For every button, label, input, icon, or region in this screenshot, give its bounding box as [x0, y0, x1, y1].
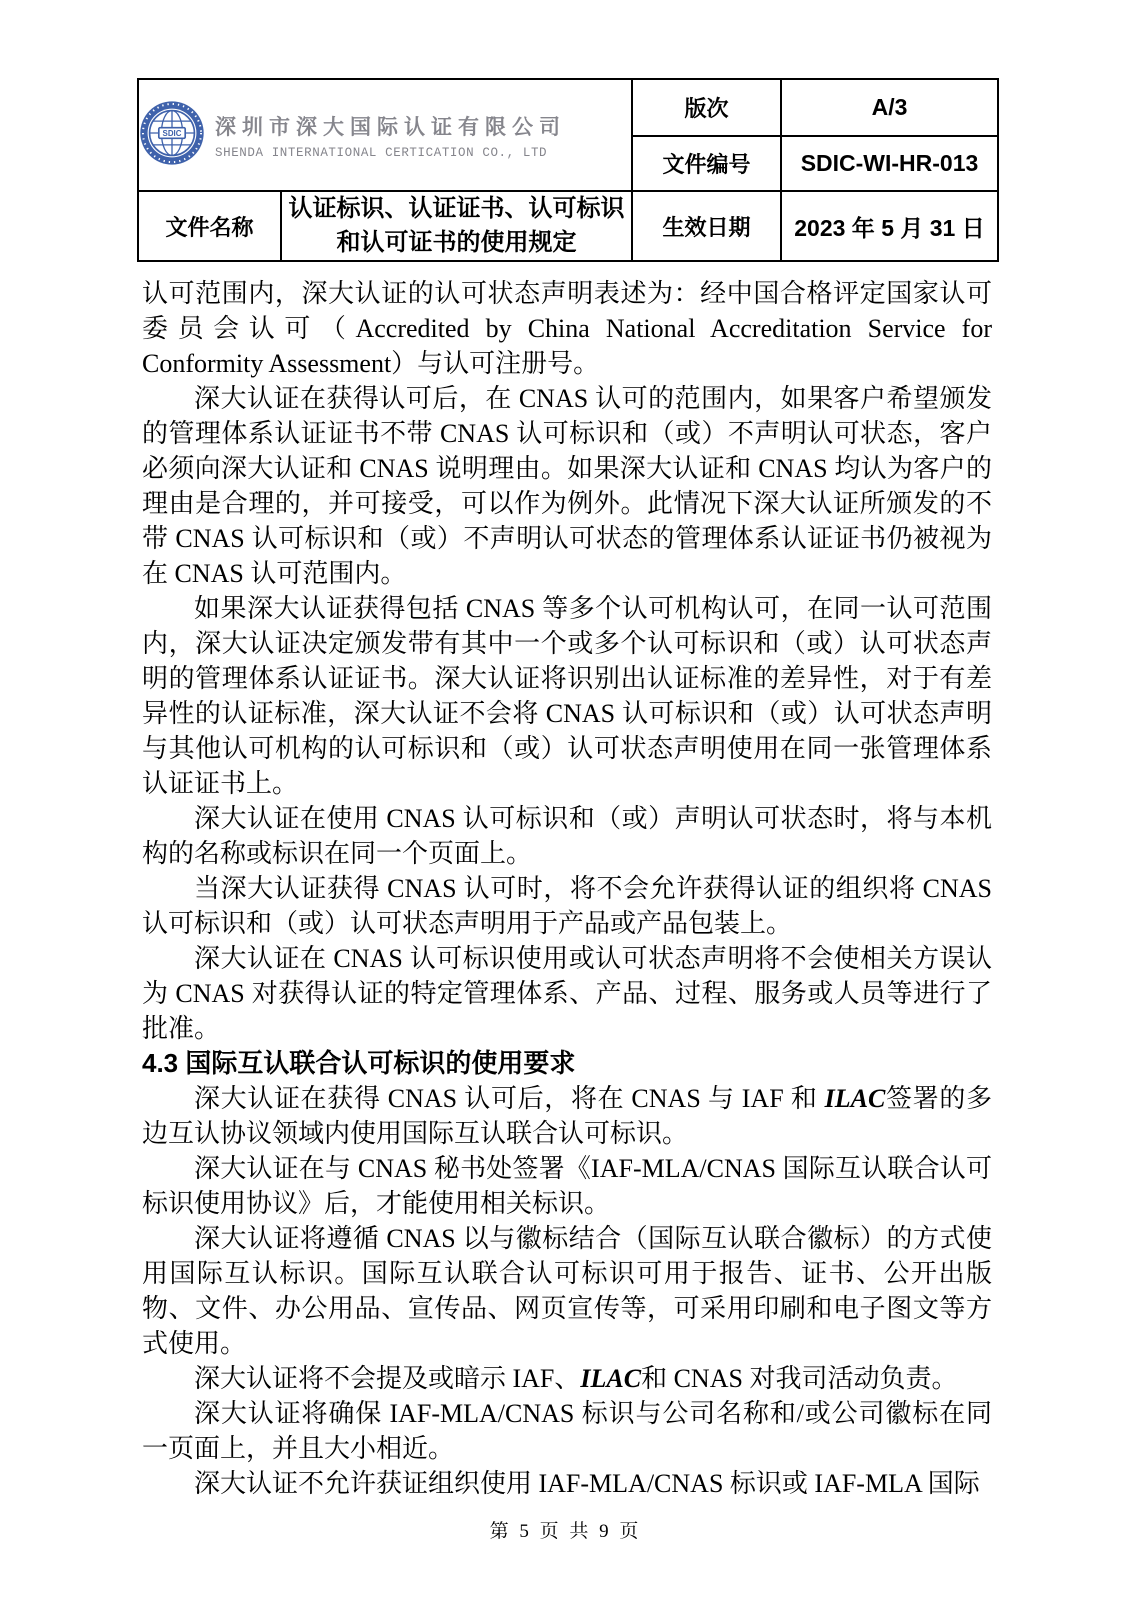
- text-run: 深大认证在 CNAS 认可标识使用或认可状态声明将不会使相关方误认为 CNAS …: [142, 944, 992, 1043]
- ilac-emphasis-text: ILAC: [580, 1364, 641, 1393]
- text-run: 和 CNAS 对我司活动负责。: [641, 1364, 957, 1393]
- paragraph: 深大认证在使用 CNAS 认可标识和（或）声明认可状态时，将与本机构的名称或标识…: [142, 801, 992, 871]
- version-value: A/3: [781, 79, 998, 136]
- text-run: 深大认证在获得 CNAS 认可后，将在 CNAS 与 IAF 和: [194, 1084, 825, 1113]
- effective-date-value: 2023 年 5 月 31 日: [781, 191, 998, 261]
- company-name-en: SHENDA INTERNATIONAL CERTICATION CO., LT…: [215, 146, 566, 160]
- company-logo-icon: SDIC: [139, 100, 205, 171]
- ilac-emphasis-text: ILAC: [825, 1084, 886, 1113]
- text-run: 深大认证将遵循 CNAS 以与徽标结合（国际互认联合徽标）的方式使用国际互认标识…: [142, 1224, 992, 1358]
- text-run: 如果深大认证获得包括 CNAS 等多个认可机构认可，在同一认可范围内，深大认证决…: [142, 594, 992, 798]
- text-run: 深大认证在使用 CNAS 认可标识和（或）声明认可状态时，将与本机构的名称或标识…: [142, 804, 992, 868]
- text-run: 当深大认证获得 CNAS 认可时，将不会允许获得认证的组织将 CNAS 认可标识…: [142, 874, 992, 938]
- text-run: 认可范围内，深大认证的认可状态声明表述为：经中国合格评定国家认可委员会认可（Ac…: [142, 279, 992, 378]
- paragraph: 深大认证在获得 CNAS 认可后，将在 CNAS 与 IAF 和 ILAC签署的…: [142, 1081, 992, 1151]
- text-run: 深大认证在与 CNAS 秘书处签署《IAF-MLA/CNAS 国际互认联合认可标…: [142, 1154, 992, 1218]
- version-label: 版次: [632, 79, 781, 136]
- paragraph: 深大认证将确保 IAF-MLA/CNAS 标识与公司名称和/或公司徽标在同一页面…: [142, 1396, 992, 1466]
- text-run: 4.3 国际互认联合认可标识的使用要求: [142, 1048, 575, 1078]
- paragraph: 如果深大认证获得包括 CNAS 等多个认可机构认可，在同一认可范围内，深大认证决…: [142, 591, 992, 801]
- paragraph: 深大认证在 CNAS 认可标识使用或认可状态声明将不会使相关方误认为 CNAS …: [142, 941, 992, 1046]
- text-run: 深大认证在获得认可后，在 CNAS 认可的范围内，如果客户希望颁发的管理体系认证…: [142, 384, 992, 588]
- doc-name-label: 文件名称: [138, 191, 281, 261]
- doc-number-label: 文件编号: [632, 136, 781, 191]
- paragraph: 深大认证将遵循 CNAS 以与徽标结合（国际互认联合徽标）的方式使用国际互认标识…: [142, 1221, 992, 1361]
- logo-cell: SDIC 深圳市深大国际认证有限公司 SHENDA INTERNATIONAL …: [138, 79, 632, 191]
- paragraph: 深大认证将不会提及或暗示 IAF、ILAC和 CNAS 对我司活动负责。: [142, 1361, 992, 1396]
- doc-number-value: SDIC-WI-HR-013: [781, 136, 998, 191]
- effective-date-label: 生效日期: [632, 191, 781, 261]
- doc-name-value: 认证标识、认证证书、认可标识和认可证书的使用规定: [281, 191, 632, 261]
- section-heading: 4.3 国际互认联合认可标识的使用要求: [142, 1046, 992, 1081]
- company-name-cn: 深圳市深大国际认证有限公司: [215, 111, 566, 141]
- paragraph: 深大认证在与 CNAS 秘书处签署《IAF-MLA/CNAS 国际互认联合认可标…: [142, 1151, 992, 1221]
- paragraph: 当深大认证获得 CNAS 认可时，将不会允许获得认证的组织将 CNAS 认可标识…: [142, 871, 992, 941]
- text-run: 深大认证将确保 IAF-MLA/CNAS 标识与公司名称和/或公司徽标在同一页面…: [142, 1399, 992, 1463]
- document-page: SDIC 深圳市深大国际认证有限公司 SHENDA INTERNATIONAL …: [0, 0, 1131, 1600]
- paragraph: 认可范围内，深大认证的认可状态声明表述为：经中国合格评定国家认可委员会认可（Ac…: [142, 276, 992, 381]
- page-number-footer: 第 5 页 共 9 页: [0, 1516, 1131, 1543]
- document-body: 认可范围内，深大认证的认可状态声明表述为：经中国合格评定国家认可委员会认可（Ac…: [142, 276, 992, 1501]
- logo-emblem-text: SDIC: [163, 128, 182, 137]
- header-table: SDIC 深圳市深大国际认证有限公司 SHENDA INTERNATIONAL …: [137, 78, 999, 262]
- text-run: 深大认证将不会提及或暗示 IAF、: [194, 1364, 580, 1393]
- text-run: 深大认证不允许获证组织使用 IAF-MLA/CNAS 标识或 IAF-MLA 国…: [194, 1469, 980, 1498]
- paragraph: 深大认证在获得认可后，在 CNAS 认可的范围内，如果客户希望颁发的管理体系认证…: [142, 381, 992, 591]
- paragraph: 深大认证不允许获证组织使用 IAF-MLA/CNAS 标识或 IAF-MLA 国…: [142, 1466, 992, 1501]
